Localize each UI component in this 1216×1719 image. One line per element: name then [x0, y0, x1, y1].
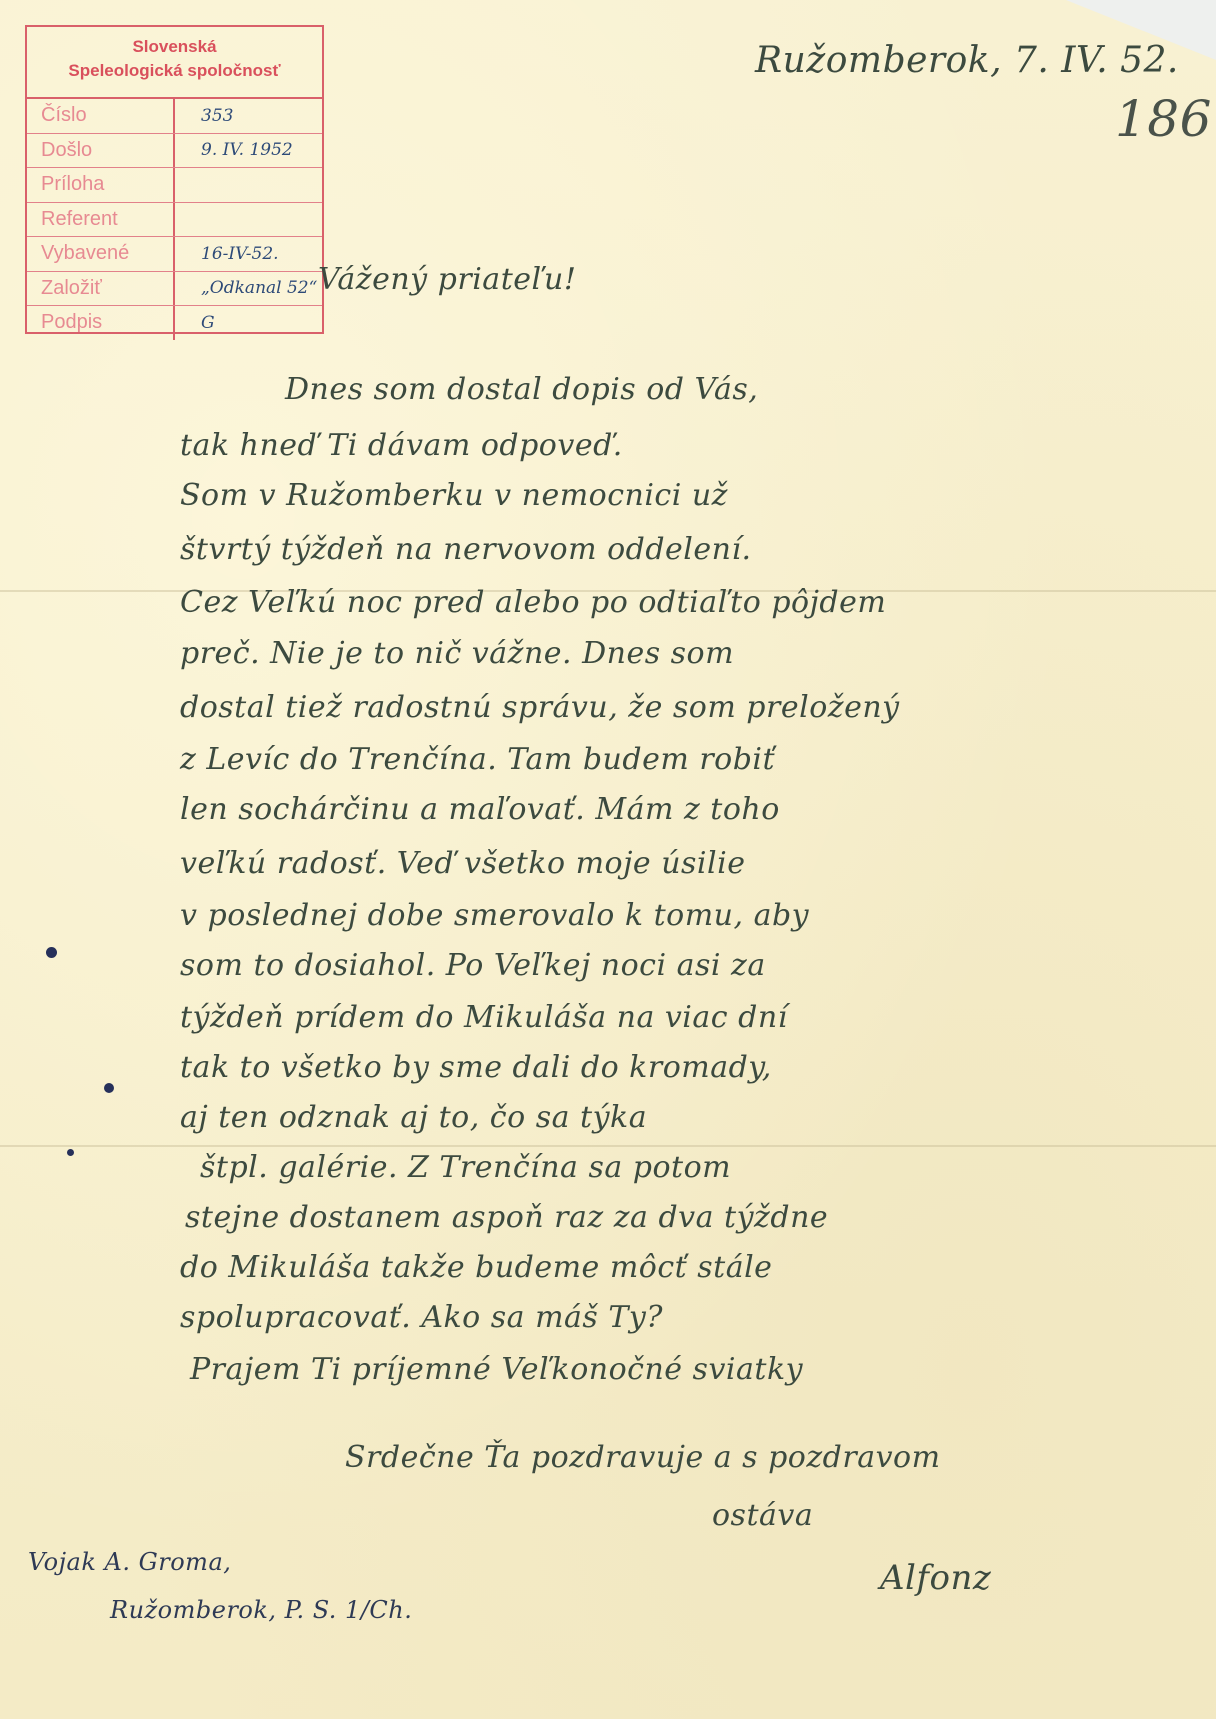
stamp-row-cislo: Číslo 353 — [27, 99, 322, 134]
letter-line: do Mikuláša takže budeme môcť stále — [180, 1250, 772, 1285]
letter-page: Slovenská Speleologická spoločnosť Číslo… — [0, 0, 1216, 1719]
ink-dot — [104, 1083, 114, 1093]
stamp-row-priloha: Príloha — [27, 168, 322, 203]
letter-line: veľkú radosť. Veď všetko moje úsilie — [180, 846, 745, 881]
archive-number: 186 — [1115, 90, 1212, 148]
stamp-row-podpis: Podpis G — [27, 306, 322, 340]
letter-line: preč. Nie je to nič vážne. Dnes som — [180, 636, 734, 671]
letter-line: Dnes som dostal dopis od Vás, — [285, 372, 758, 407]
stamp-value: 16-IV-52. — [175, 244, 322, 264]
sender-address-line1: Vojak A. Groma, — [28, 1548, 231, 1576]
stamp-row-doslo: Došlo 9. IV. 1952 — [27, 134, 322, 169]
ink-dot — [46, 947, 57, 958]
letter-line: som to dosiahol. Po Veľkej noci asi za — [180, 948, 766, 983]
stamp-value: „Odkanal 52“ — [175, 278, 322, 298]
letter-line: dostal tiež radostnú správu, že som prel… — [180, 690, 900, 725]
sender-address-line2: Ružomberok, P. S. 1/Ch. — [110, 1596, 412, 1624]
stamp-value: 353 — [175, 106, 322, 126]
stamp-label: Príloha — [27, 168, 175, 202]
stamp-label: Referent — [27, 203, 175, 237]
letter-line: Prajem Ti príjemné Veľkonočné sviatky — [190, 1352, 803, 1387]
stamp-org-line2: Speleologická spoločnosť — [27, 59, 322, 83]
stamp-row-vybavene: Vybavené 16-IV-52. — [27, 237, 322, 272]
letter-line: Som v Ružomberku v nemocnici už — [180, 478, 728, 513]
stamp-label: Vybavené — [27, 237, 175, 271]
letter-line: stejne dostanem aspoň raz za dva týždne — [185, 1200, 828, 1235]
stamp-label: Číslo — [27, 99, 175, 133]
greeting: Vážený priateľu! — [318, 262, 576, 297]
stamp-org-line1: Slovenská — [27, 35, 322, 59]
letter-line: spolupracovať. Ako sa máš Ty? — [180, 1300, 663, 1335]
stamp-label: Podpis — [27, 306, 175, 340]
closing-line: Srdečne Ťa pozdravuje a s pozdravom — [345, 1440, 941, 1475]
signature: Alfonz — [880, 1558, 991, 1598]
stamp-label: Založiť — [27, 272, 175, 306]
stamp-label: Došlo — [27, 134, 175, 168]
letter-line: týždeň prídem do Mikuláša na viac dní — [180, 1000, 788, 1035]
stamp-value: G — [175, 313, 322, 333]
place-date: Ružomberok, 7. IV. 52. — [755, 40, 1179, 81]
letter-line: štvrtý týždeň na nervovom oddelení. — [180, 532, 752, 567]
stamp-row-zalozit: Založiť „Odkanal 52“ — [27, 272, 322, 307]
stamp-header: Slovenská Speleologická spoločnosť — [27, 27, 322, 99]
registration-stamp: Slovenská Speleologická spoločnosť Číslo… — [25, 25, 324, 334]
stamp-value: 9. IV. 1952 — [175, 140, 322, 160]
letter-line: v poslednej dobe smerovalo k tomu, aby — [180, 898, 809, 933]
fold-line — [0, 1145, 1216, 1147]
letter-line: len sochárčinu a maľovať. Mám z toho — [180, 792, 780, 827]
letter-line: z Levíc do Trenčína. Tam budem robiť — [180, 742, 775, 777]
stamp-row-referent: Referent — [27, 203, 322, 238]
letter-line: štpl. galérie. Z Trenčína sa potom — [200, 1150, 731, 1185]
letter-line: Cez Veľkú noc pred alebo po odtiaľto pôj… — [180, 585, 886, 620]
ink-dot — [67, 1149, 74, 1156]
letter-line: aj ten odznak aj to, čo sa týka — [180, 1100, 647, 1135]
letter-line: tak hneď Ti dávam odpoveď. — [180, 428, 623, 463]
closing-word: ostáva — [712, 1498, 813, 1533]
letter-line: tak to všetko by sme dali do kromady, — [180, 1050, 772, 1085]
